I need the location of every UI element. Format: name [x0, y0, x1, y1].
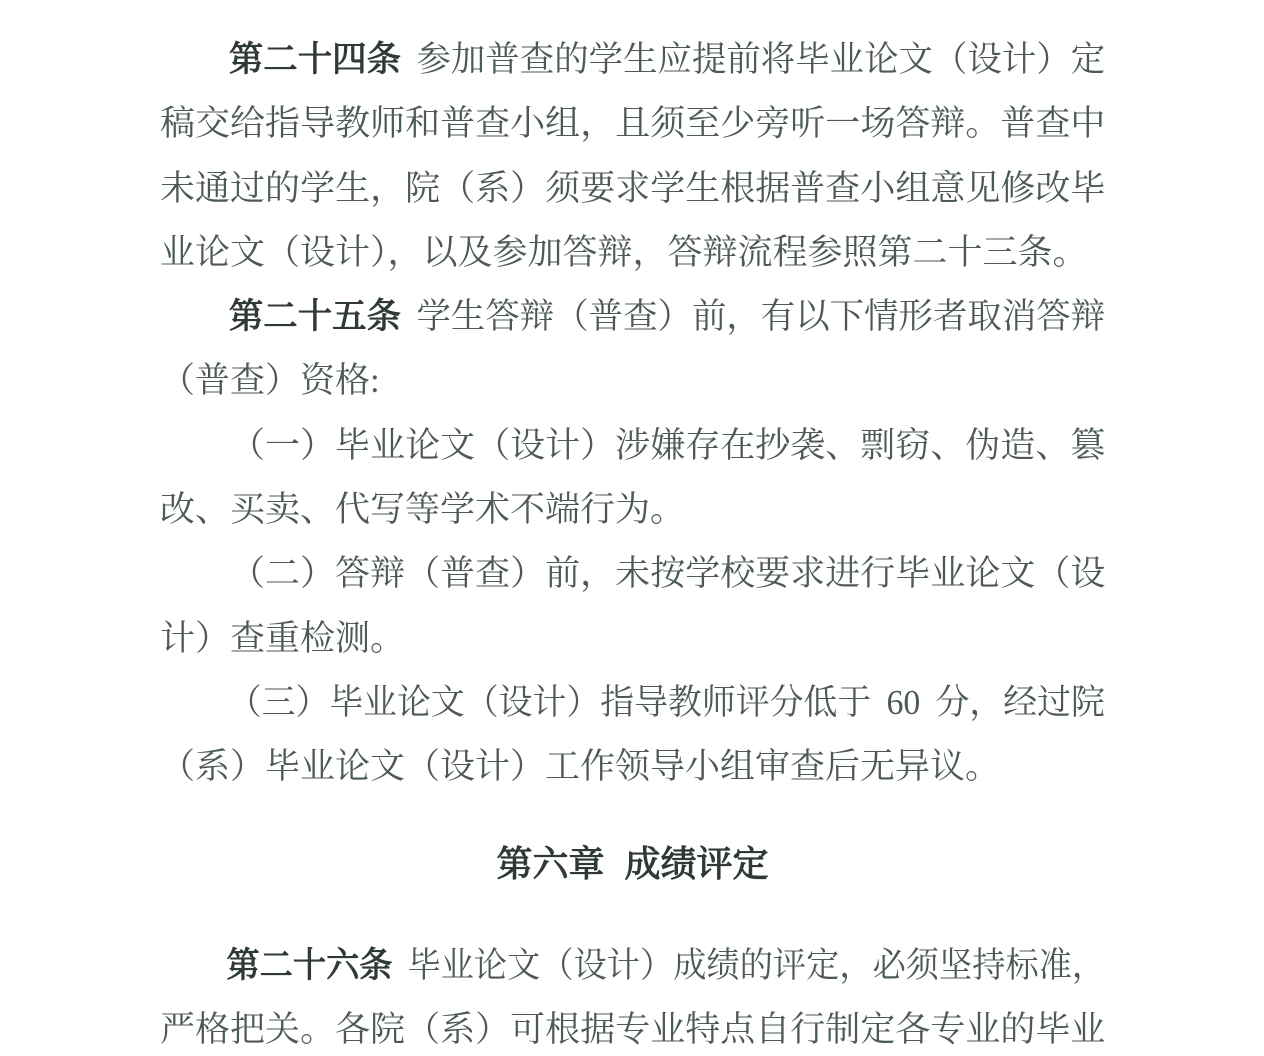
- article-number-char: 条: [367, 28, 401, 92]
- text-char: （: [1035, 542, 1070, 606]
- text-char: 论: [474, 934, 507, 998]
- text-char: 篡: [1070, 414, 1105, 478]
- text-char: 业: [370, 414, 405, 478]
- text-char: 生: [623, 28, 657, 92]
- text-char: （: [405, 998, 440, 1056]
- article-number-char: 十: [293, 934, 326, 998]
- text-char: 定: [860, 998, 895, 1056]
- text-char: 师: [370, 92, 405, 156]
- text-char: ，: [969, 671, 1003, 735]
- document-page: 第二十四条 参加普查的学生应提前将毕业论文（设计）定稿交给指导教师和普查小组，且…: [0, 0, 1264, 1056]
- text-char: 低: [803, 671, 837, 735]
- text-char: 有: [761, 285, 795, 349]
- text-char: ）: [1036, 28, 1070, 92]
- text-char: 系: [475, 157, 510, 221]
- text-char: 窃: [895, 414, 930, 478]
- text-char: 普: [1000, 92, 1035, 156]
- article-number-char: 二: [263, 285, 297, 349]
- first-line-indent: [160, 934, 226, 998]
- text-char: 要: [580, 157, 615, 221]
- article-24-line-3: 未通过的学生，院（系）须要求学生根据普查小组意见修改毕: [160, 157, 1105, 221]
- text-char: （: [228, 671, 262, 735]
- text-char: 学: [300, 157, 335, 221]
- text-char: 通: [195, 157, 230, 221]
- text-char: 学: [589, 28, 623, 92]
- text-char: 一: [265, 414, 300, 478]
- text-char: 组: [895, 157, 930, 221]
- text-char: 师: [702, 671, 736, 735]
- text-char: （: [554, 285, 588, 349]
- text-char: 必: [873, 934, 906, 998]
- text-char: 设: [510, 414, 545, 478]
- article-number-char: 第: [229, 28, 263, 92]
- text-char: 中: [1070, 92, 1105, 156]
- text-char: 计: [533, 671, 567, 735]
- text-char: 过: [230, 157, 265, 221]
- text-char: 未: [615, 542, 650, 606]
- article-25-line-2: （普查）资格:: [160, 349, 1105, 413]
- text-char: 答: [1036, 285, 1070, 349]
- text-char: 成: [673, 934, 706, 998]
- text-char: 毕: [329, 671, 363, 735]
- text-char: 普: [589, 285, 623, 349]
- article-26-line-2: 严格把关。各院（系）可根据专业特点自行制定各专业的毕业: [160, 998, 1105, 1056]
- article-25-item-3-line-2: （系）毕业论文（设计）工作领导小组审查后无异议。: [160, 735, 1105, 799]
- text-char: 。: [300, 998, 335, 1056]
- text-char: 、: [930, 414, 965, 478]
- text-char: 把: [230, 998, 265, 1056]
- first-line-indent: [160, 542, 230, 606]
- text-char: 的: [740, 934, 773, 998]
- text-char: 校: [720, 542, 755, 606]
- text-run: （普查）资格:: [160, 349, 380, 413]
- article-25-item-1-line-2: 改、买卖、代写等学术不端行为。: [160, 478, 1105, 542]
- text-char: 定: [806, 934, 839, 998]
- text-char: 指: [265, 92, 300, 156]
- text-char: 辩: [370, 542, 405, 606]
- text-char: 6: [886, 671, 903, 735]
- text-char: 定: [1071, 28, 1105, 92]
- text-char: 文: [440, 414, 475, 478]
- text-char: 文: [507, 934, 540, 998]
- text-char: 取: [967, 285, 1001, 349]
- text-char: 伪: [965, 414, 1000, 478]
- text-char: 业: [441, 934, 474, 998]
- text-char: 制: [825, 998, 860, 1056]
- text-char: 设: [499, 671, 533, 735]
- text-char: 组: [545, 92, 580, 156]
- text-char: 。: [965, 92, 1000, 156]
- text-char: 普: [440, 92, 475, 156]
- text-char: ）: [300, 414, 335, 478]
- text-char: 、: [825, 414, 860, 478]
- text-char: ）: [640, 934, 673, 998]
- article-number-char: 六: [326, 934, 359, 998]
- article-25-line-1: 第二十五条 学生答辩（普查）前，有以下情形者取消答辩: [160, 285, 1089, 349]
- text-char: 专: [615, 998, 650, 1056]
- article-24-line-4: 业论文（设计），以及参加答辩，答辩流程参照第二十三条。: [160, 221, 1105, 285]
- text-char: 二: [265, 542, 300, 606]
- text-char: 导: [634, 671, 668, 735]
- chapter-6-heading: 第六章 成绩评定: [160, 832, 1105, 896]
- text-char: 计: [1002, 28, 1036, 92]
- document-content: 第二十四条 参加普查的学生应提前将毕业论文（设计）定稿交给指导教师和普查小组，且…: [160, 0, 1105, 1056]
- text-char: 一: [825, 92, 860, 156]
- article-25-item-3-line-1: （三）毕业论文（设计）指导教师评分低于 60 分，经过院: [160, 671, 1074, 735]
- text-char: 查: [520, 28, 554, 92]
- text-char: 且: [615, 92, 650, 156]
- text-char: 普: [790, 157, 825, 221]
- text-char: 抄: [755, 414, 790, 478]
- article-number-char: 条: [367, 285, 401, 349]
- text-char: 评: [773, 934, 806, 998]
- text-char: 旁: [755, 92, 790, 156]
- text-char: 行: [860, 542, 895, 606]
- text-char: 文: [899, 28, 933, 92]
- text-char: 未: [160, 157, 195, 221]
- text-char: 提: [692, 28, 726, 92]
- text-char: 形: [899, 285, 933, 349]
- text-char: ，: [839, 934, 872, 998]
- text-char: 至: [685, 92, 720, 156]
- text-char: 行: [790, 998, 825, 1056]
- text-char: （: [465, 671, 499, 735]
- text-char: 参: [416, 28, 450, 92]
- text-char: 业: [930, 542, 965, 606]
- text-char: 前: [545, 542, 580, 606]
- text-char: 各: [895, 998, 930, 1056]
- text-char: ）: [510, 157, 545, 221]
- text-char: 的: [265, 157, 300, 221]
- text-char: 院: [370, 998, 405, 1056]
- text-char: 嫌: [650, 414, 685, 478]
- text-char: 和: [405, 92, 440, 156]
- text-char: 论: [397, 671, 431, 735]
- text-char: 设: [967, 28, 1001, 92]
- text-char: 小: [510, 92, 545, 156]
- text-char: ，: [580, 542, 615, 606]
- text-char: 者: [933, 285, 967, 349]
- text-char: 系: [440, 998, 475, 1056]
- text-char: 加: [451, 28, 485, 92]
- text-char: 专: [930, 998, 965, 1056]
- text-char: 毕: [795, 28, 829, 92]
- text-char: ）: [300, 542, 335, 606]
- first-line-indent: [160, 414, 230, 478]
- text-char: ）: [658, 285, 692, 349]
- text-char: （: [475, 414, 510, 478]
- text-char: ，: [580, 92, 615, 156]
- text-char: [871, 671, 886, 735]
- article-25-item-2: （二）答辩（普查）前，未按学校要求进行毕业论文（设计）查重检测。: [160, 542, 1105, 671]
- text-char: 各: [335, 998, 370, 1056]
- text-char: 剽: [860, 414, 895, 478]
- text-char: 前: [726, 28, 760, 92]
- text-char: 查: [475, 92, 510, 156]
- text-char: 论: [405, 414, 440, 478]
- text-char: 指: [600, 671, 634, 735]
- text-run: 计）查重检测。: [160, 607, 405, 671]
- text-char: 院: [1071, 671, 1105, 735]
- article-26: 第二十六条 毕业论文（设计）成绩的评定，必须坚持标准，严格把关。各院（系）可根据…: [160, 934, 1105, 1056]
- text-char: 在: [720, 414, 755, 478]
- text-char: 业: [965, 998, 1000, 1056]
- text-char: 坚: [939, 934, 972, 998]
- text-run: 改、买卖、代写等学术不端行为。: [160, 478, 685, 542]
- text-char: 绩: [706, 934, 739, 998]
- text-char: 0: [903, 671, 920, 735]
- text-char: ，: [1072, 934, 1105, 998]
- text-char: 按: [650, 542, 685, 606]
- text-char: 听: [790, 92, 825, 156]
- article-25: 第二十五条 学生答辩（普查）前，有以下情形者取消答辩（普查）资格:: [160, 285, 1105, 414]
- article-number-char: 四: [332, 28, 366, 92]
- text-char: 情: [864, 285, 898, 349]
- text-char: 分: [770, 671, 804, 735]
- text-char: 袭: [790, 414, 825, 478]
- text-char: 查: [475, 542, 510, 606]
- text-char: [401, 285, 416, 349]
- article-number-char: 十: [298, 28, 332, 92]
- text-char: 于: [837, 671, 871, 735]
- first-line-indent: [160, 671, 228, 735]
- text-char: 意: [930, 157, 965, 221]
- text-char: 学: [416, 285, 450, 349]
- text-char: 查: [623, 285, 657, 349]
- text-char: 三: [262, 671, 296, 735]
- text-char: 、: [1035, 414, 1070, 478]
- text-char: 特: [685, 998, 720, 1056]
- text-char: 毕: [335, 414, 370, 478]
- first-line-indent: [160, 285, 229, 349]
- text-char: ）: [295, 671, 329, 735]
- text-char: 过: [1037, 671, 1071, 735]
- text-char: 涉: [615, 414, 650, 478]
- text-char: 可: [510, 998, 545, 1056]
- article-25-item-1: （一）毕业论文（设计）涉嫌存在抄袭、剽窃、伪造、篡改、买卖、代写等学术不端行为。: [160, 414, 1105, 543]
- text-char: 小: [860, 157, 895, 221]
- text-char: 毕: [895, 542, 930, 606]
- article-25-item-1-line-1: （一）毕业论文（设计）涉嫌存在抄袭、剽窃、伪造、篡: [160, 414, 1105, 478]
- text-char: 以: [795, 285, 829, 349]
- text-char: （: [230, 542, 265, 606]
- article-24: 第二十四条 参加普查的学生应提前将毕业论文（设计）定稿交给指导教师和普查小组，且…: [160, 28, 1105, 285]
- text-char: （: [230, 414, 265, 478]
- text-char: 格: [195, 998, 230, 1056]
- article-24-line-2: 稿交给指导教师和普查小组，且须至少旁听一场答辩。普查中: [160, 92, 1105, 156]
- text-char: 求: [615, 157, 650, 221]
- article-number-char: 第: [229, 285, 263, 349]
- text-char: [920, 671, 935, 735]
- text-char: 文: [1000, 542, 1035, 606]
- text-char: 毕: [407, 934, 440, 998]
- text-char: 要: [755, 542, 790, 606]
- text-char: 自: [755, 998, 790, 1056]
- text-char: 标: [1005, 934, 1038, 998]
- text-char: 持: [972, 934, 1005, 998]
- text-char: 辩: [1071, 285, 1105, 349]
- text-char: ）: [475, 998, 510, 1056]
- text-run: 业论文（设计），以及参加答辩，答辩流程参照第二十三条。: [160, 221, 1088, 285]
- text-char: 毕: [1035, 998, 1070, 1056]
- text-char: 答: [895, 92, 930, 156]
- text-char: 答: [485, 285, 519, 349]
- text-char: ）: [566, 671, 600, 735]
- text-char: 将: [761, 28, 795, 92]
- text-char: 分: [936, 671, 970, 735]
- text-char: 教: [668, 671, 702, 735]
- text-char: 消: [1002, 285, 1036, 349]
- text-char: 求: [790, 542, 825, 606]
- text-char: （: [933, 28, 967, 92]
- text-char: 学: [685, 542, 720, 606]
- text-char: 辩: [520, 285, 554, 349]
- text-char: 文: [431, 671, 465, 735]
- article-number-char: 条: [359, 934, 392, 998]
- text-char: 业: [1070, 998, 1105, 1056]
- article-number-char: 第: [226, 934, 259, 998]
- text-char: 设: [574, 934, 607, 998]
- text-char: 论: [965, 542, 1000, 606]
- text-char: 的: [554, 28, 588, 92]
- text-char: 生: [685, 157, 720, 221]
- text-char: 修: [1000, 157, 1035, 221]
- article-number-char: 五: [332, 285, 366, 349]
- text-char: 评: [736, 671, 770, 735]
- text-char: 少: [720, 92, 755, 156]
- article-25-item-2-line-2: 计）查重检测。: [160, 607, 1105, 671]
- text-char: 计: [607, 934, 640, 998]
- text-char: 导: [300, 92, 335, 156]
- text-char: 查: [1035, 92, 1070, 156]
- text-char: 点: [720, 998, 755, 1056]
- text-char: 业: [363, 671, 397, 735]
- text-char: 据: [755, 157, 790, 221]
- text-char: 普: [485, 28, 519, 92]
- article-24-line-1: 第二十四条 参加普查的学生应提前将毕业论文（设计）定: [160, 28, 1089, 92]
- text-run: （系）毕业论文（设计）工作领导小组审查后无异议。: [160, 735, 1000, 799]
- text-char: 答: [335, 542, 370, 606]
- text-char: [401, 28, 416, 92]
- text-char: 进: [825, 542, 860, 606]
- text-char: 根: [545, 998, 580, 1056]
- text-char: 业: [650, 998, 685, 1056]
- text-char: ，: [370, 157, 405, 221]
- text-char: 据: [580, 998, 615, 1056]
- text-char: 须: [545, 157, 580, 221]
- text-char: 根: [720, 157, 755, 221]
- article-25-item-3: （三）毕业论文（设计）指导教师评分低于 60 分，经过院（系）毕业论文（设计）工…: [160, 671, 1105, 800]
- text-char: 须: [650, 92, 685, 156]
- text-char: 论: [864, 28, 898, 92]
- text-char: ）: [510, 542, 545, 606]
- text-char: ）: [580, 414, 615, 478]
- text-char: [393, 934, 408, 998]
- article-26-line-1: 第二十六条 毕业论文（设计）成绩的评定，必须坚持标准，: [160, 934, 1057, 998]
- article-number-char: 二: [263, 28, 297, 92]
- text-char: 造: [1000, 414, 1035, 478]
- text-char: 生: [335, 157, 370, 221]
- text-char: 生: [451, 285, 485, 349]
- text-char: 严: [160, 998, 195, 1056]
- text-char: 存: [685, 414, 720, 478]
- article-number-char: 二: [260, 934, 293, 998]
- text-char: 院: [405, 157, 440, 221]
- text-char: 普: [440, 542, 475, 606]
- text-char: 毕: [1070, 157, 1105, 221]
- text-char: 辩: [930, 92, 965, 156]
- text-char: 交: [195, 92, 230, 156]
- text-char: 改: [1035, 157, 1070, 221]
- text-char: 前: [692, 285, 726, 349]
- first-line-indent: [160, 28, 229, 92]
- text-char: 见: [965, 157, 1000, 221]
- text-char: 的: [1000, 998, 1035, 1056]
- text-char: 业: [830, 28, 864, 92]
- text-char: 准: [1039, 934, 1072, 998]
- article-number-char: 十: [298, 285, 332, 349]
- text-char: 学: [650, 157, 685, 221]
- text-char: （: [440, 157, 475, 221]
- text-char: ，: [726, 285, 760, 349]
- text-char: 经: [1003, 671, 1037, 735]
- text-char: （: [540, 934, 573, 998]
- text-char: 下: [830, 285, 864, 349]
- text-char: 教: [335, 92, 370, 156]
- text-char: 给: [230, 92, 265, 156]
- article-25-item-2-line-1: （二）答辩（普查）前，未按学校要求进行毕业论文（设: [160, 542, 1105, 606]
- text-char: （: [405, 542, 440, 606]
- text-char: 查: [825, 157, 860, 221]
- text-char: 稿: [160, 92, 195, 156]
- text-char: 关: [265, 998, 300, 1056]
- text-char: 计: [545, 414, 580, 478]
- text-char: 须: [906, 934, 939, 998]
- text-char: 场: [860, 92, 895, 156]
- text-char: 应: [658, 28, 692, 92]
- text-char: 设: [1070, 542, 1105, 606]
